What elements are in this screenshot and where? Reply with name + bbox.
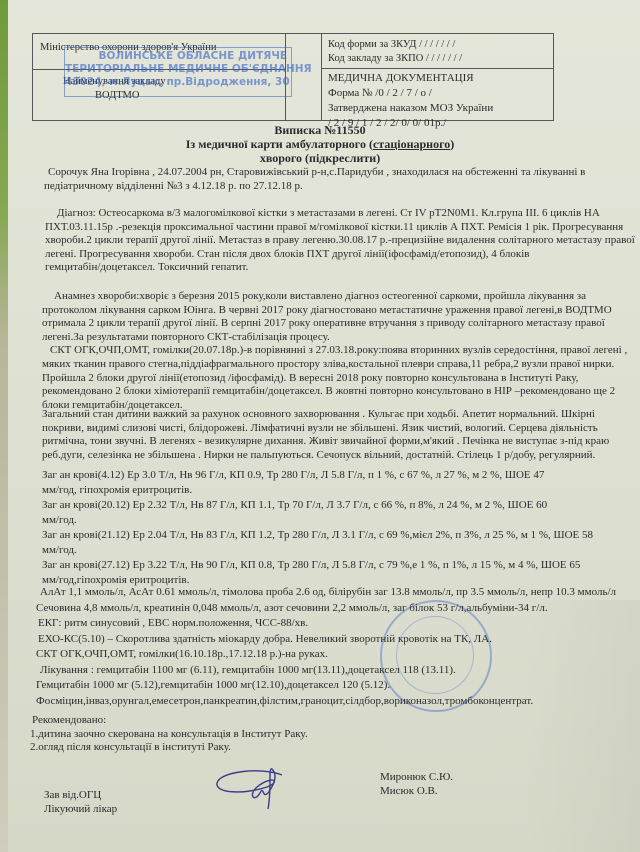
diagnosis: Діагноз: Остеосаркома в/3 малогомілкової… [45,207,635,275]
form-number: Форма № /0 / 2 / 7 / о / [328,86,493,101]
institution-stamp: ВОЛИНСЬКЕ ОБЛАСНЕ ДИТЯЧЕ ТЕРИТОРІАЛЬНЕ М… [64,47,292,97]
card-type-subtitle: хворого (підкреслити) [0,152,640,166]
general-condition: Загальний стан дитини важкий за рахунок … [42,408,632,462]
zkud-code: Код форми за ЗКУД / / / / / / / [328,38,462,52]
medical-documentation-label: МЕДИЧНА ДОКУМЕНТАЦІЯ [328,71,493,86]
patient-info: Сорочук Яна Ігорівна , 24.07.2004 рн, Ст… [48,166,638,193]
anamnesis: Анамнез хвороби:хворіє з березня 2015 ро… [42,290,632,412]
blood-tests: Заг ан крові(4.12) Ер 3.0 Т/л, Нв 96 Г/л… [42,468,632,588]
extract-number: Виписка №11550 [0,124,640,138]
card-type-title: Із медичної карти амбулаторного (стаціон… [0,138,640,152]
zkpo-code: Код закладу за ЗКПО / / / / / / / [328,52,462,66]
approval-label: Затверджена наказом МОЗ України [328,101,493,116]
signature-icon [212,765,312,820]
header-right-cell: Код форми за ЗКУД / / / / / / / Код закл… [322,34,553,120]
